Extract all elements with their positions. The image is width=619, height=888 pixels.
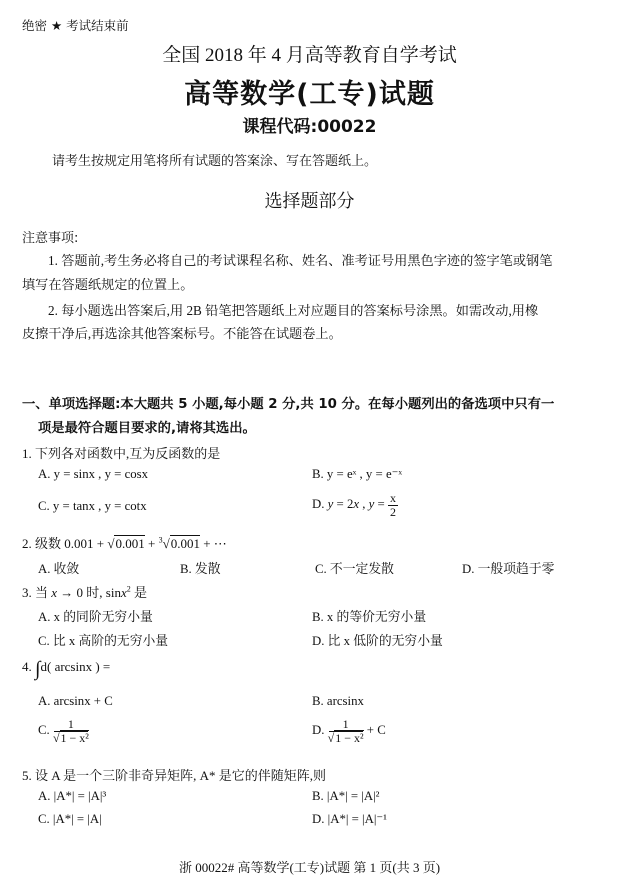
series-prefix: 2. 级数 0.001 + [22,536,107,551]
section-title: 选择题部分 [0,187,619,213]
question-3-option-d: D. 比 x 低阶的无穷小量 [312,630,443,649]
question-5-option-d: D. |A*| = |A|⁻¹ [312,812,387,827]
confidential-label: 绝密 ★ 考试结束前 [22,16,129,34]
note-1-line-2: 填写在答题纸规定的位置上。 [22,274,193,293]
fraction-denominator: √1 − x² [328,732,364,745]
sqrt-icon: √ [53,731,60,745]
option-c-label: C. [38,723,53,737]
q3-middle: → 0 时, sin [57,585,121,600]
note-1-line-1: 1. 答题前,考生务必将自己的考试课程名称、姓名、准考证号用黑色字迹的签字笔或钢… [48,250,552,269]
fraction-denominator: 2 [390,506,396,519]
exam-title: 全国 2018 年 4 月高等教育自学考试 [0,40,619,67]
note-2-line-1: 2. 每小题选出答案后,用 2B 铅笔把答题纸上对应题目的答案标号涂黑。如需改动… [48,300,538,319]
general-instruction: 请考生按规定用笔将所有试题的答案涂、写在答题纸上。 [52,150,377,169]
q3-prefix: 3. 当 [22,585,51,600]
fraction-denominator: √1 − x² [53,732,89,745]
option-d-label: D. [312,723,328,737]
question-5-option-c: C. |A*| = |A| [38,812,102,827]
fraction-1-over-sqrt: 1√1 − x² [328,718,364,744]
cbrt-icon: √ [163,536,170,551]
question-4-option-d: D. 1√1 − x² + C [312,718,386,744]
question-1-stem: 1. 下列各对函数中,互为反函数的是 [22,443,220,462]
question-1-option-c: C. y = tanx , y = cotx [38,499,147,514]
question-4-option-c: C. 1√1 − x² [38,718,89,744]
plus-sign: + [145,536,159,551]
question-2-option-d: D. 一般项趋于零 [462,558,554,577]
question-5-option-b: B. |A*| = |A|² [312,789,380,804]
question-2-option-b: B. 发散 [180,558,221,577]
question-1-option-b: B. y = eˣ , y = e⁻ˣ [312,467,402,482]
question-2-option-a: A. 收敛 [38,558,79,577]
note-2-line-2: 皮擦干净后,再选涂其他答案标号。不能答在试题卷上。 [22,323,342,342]
fraction-1-over-sqrt: 1√1 − x² [53,718,89,744]
question-3-option-c: C. 比 x 高阶的无穷小量 [38,630,168,649]
question-3-stem: 3. 当 x → 0 时, sinx2 是 [22,582,147,601]
q3-tail: 是 [131,585,147,600]
question-1-option-d: 1. 下列各对函数中,互为反函数的是 D. y = 2x , y = x2 [312,492,398,518]
question-5-option-a: A. |A*| = |A|³ [38,789,106,804]
course-code: 课程代码:00022 [0,112,619,137]
option-d-label: D. y = 2x , y = [312,497,388,511]
part1-header-line-2: 项是最符合题目要求的,请将其选出。 [38,417,256,436]
part1-header-line-1: 一、单项选择题:本大题共 5 小题,每小题 2 分,共 10 分。在每小题列出的… [22,393,554,412]
fraction-x-over-2: x2 [388,492,398,518]
q4-expression: d( arcsinx ) = [40,659,110,674]
question-5-stem: 5. 设 A 是一个三阶非奇异矩阵, A* 是它的伴随矩阵,则 [22,765,326,784]
page-footer: 浙 00022# 高等数学(工专)试题 第 1 页(共 3 页) [0,857,619,876]
notes-title: 注意事项: [22,227,78,246]
plus-constant: + C [364,723,386,737]
question-1-option-a: A. y = sinx , y = cosx [38,467,148,482]
cbrt-radicand: 0.001 [170,535,200,551]
question-4-option-b: B. arcsinx [312,694,364,709]
subject-title: 高等数学(工专)试题 [0,72,619,111]
series-tail: + ⋯ [200,536,227,551]
question-4-option-a: A. arcsinx + C [38,694,113,709]
sqrt-radicand: 0.001 [114,535,144,551]
fraction-numerator: x [388,492,398,506]
question-3-option-b: B. x 的等价无穷小量 [312,606,426,625]
q4-index: 4. [22,659,35,674]
question-3-option-a: A. x 的同阶无穷小量 [38,606,153,625]
question-2-stem: 2. 级数 0.001 + √0.001 + 3√0.001 + ⋯ [22,533,227,552]
question-4-stem: 4. ∫d( arcsinx ) = [22,658,110,681]
question-2-option-c: C. 不一定发散 [315,558,394,577]
